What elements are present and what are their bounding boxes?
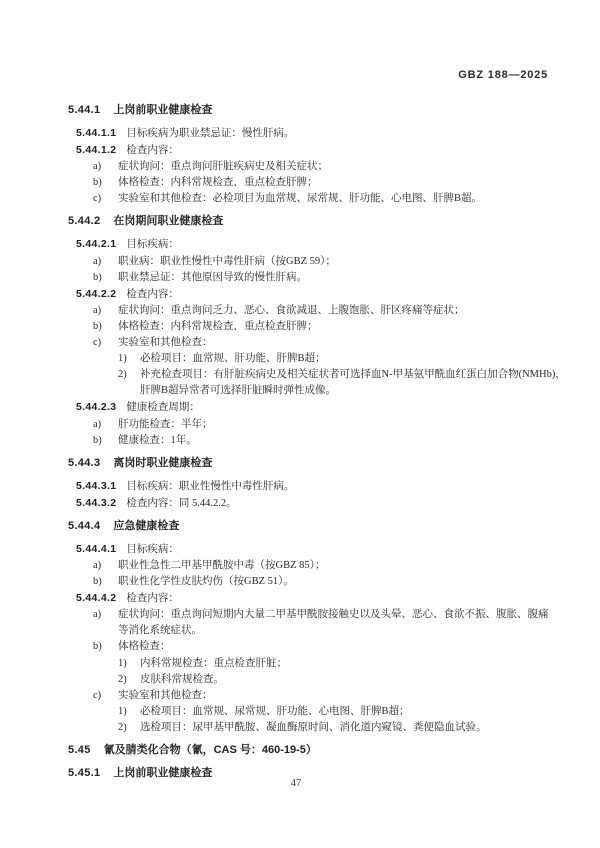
line-number: 5.44.1.2 <box>76 144 116 156</box>
clause-line: 5.44.1.1目标疾病为职业禁忌证：慢性肝病。 <box>68 125 544 142</box>
list-item: b)职业性化学性皮肤灼伤（按GBZ 51）。 <box>68 574 544 590</box>
line-text: 在岗期间职业健康检查 <box>113 215 223 227</box>
clause-line: 5.44.1.2检查内容： <box>68 142 544 159</box>
list-item: b)体格检查：内科常规检查，重点检查肝脾； <box>68 175 544 191</box>
line-text: 实验室和其他检查： <box>118 690 213 701</box>
sublist-item: 1)必检项目：血常规、肝功能、肝脾B超； <box>68 351 544 367</box>
line-text: 目标疾病： <box>126 239 179 250</box>
list-item-continuation: 等消化系统症状。 <box>68 623 544 639</box>
line-text: 目标疾病：职业性慢性中毒性肝病。 <box>126 481 294 492</box>
document-body: 5.44.1上岗前职业健康检查5.44.1.1目标疾病为职业禁忌证：慢性肝病。5… <box>68 96 544 788</box>
list-item: a)症状询问：重点询问乏力、恶心、食欲减退、上腹饱胀、肝区疼痛等症状； <box>68 303 544 319</box>
sublist-item: 1)内科常规检查：重点检查肝脏； <box>68 656 544 672</box>
line-text: 检查内容：同 5.44.2.2。 <box>126 498 236 509</box>
line-text: 检查内容： <box>126 145 179 156</box>
line-number: 5.44.3 <box>68 457 100 469</box>
line-number: 5.44.4.2 <box>76 592 116 604</box>
line-number: c) <box>93 335 101 351</box>
line-text: 必检项目：血常规、肝功能、肝脾B超； <box>140 353 326 364</box>
line-text: 职业性急性二甲基甲酰胺中毒（按GBZ 85）； <box>118 560 325 571</box>
line-number: a) <box>93 159 101 175</box>
scanned-standard-page: { "page": { "header": "GBZ 188—2025", "p… <box>0 0 600 848</box>
list-item: a)职业性急性二甲基甲酰胺中毒（按GBZ 85）； <box>68 558 544 574</box>
list-item: a)职业病：职业性慢性中毒性肝病（按GBZ 59）； <box>68 254 544 270</box>
line-number: 2) <box>118 720 127 736</box>
sublist-item: 1)必检项目：血常规、尿常规、肝功能、心电图、肝脾B超； <box>68 704 544 720</box>
section-heading: 5.45氰及腈类化合物（氰，CAS 号：460-19-5） <box>68 742 544 759</box>
line-text: 选检项目：尿甲基甲酰胺、凝血酶原时间、消化道内窥镜、粪便隐血试验。 <box>140 722 487 733</box>
line-text: 上岗前职业健康检查 <box>113 104 212 116</box>
line-number: a) <box>93 607 101 623</box>
line-text: 实验室和其他检查： <box>118 337 213 348</box>
line-number: a) <box>93 254 101 270</box>
line-text: 症状询问：重点询问肝脏疾病史及相关症状； <box>118 161 328 172</box>
sublist-item-continuation: 肝脾B超异常者可选择肝脏瞬时弹性成像。 <box>68 383 544 399</box>
line-number: a) <box>93 303 101 319</box>
clause-line: 5.44.4.1目标疾病： <box>68 541 544 558</box>
section-heading: 5.44.2在岗期间职业健康检查 <box>68 213 544 230</box>
line-number: c) <box>93 191 101 207</box>
list-item: b)体格检查：内科常规检查，重点检查肝脾； <box>68 319 544 335</box>
list-item: a)症状询问：重点询问短期内大量二甲基甲酰胺接触史以及头晕、恶心、食欲不振、腹胀… <box>68 607 544 623</box>
sublist-item: 2)皮肤科常规检查。 <box>68 672 544 688</box>
list-item: c)实验室和其他检查： <box>68 688 544 704</box>
list-item: b)职业禁忌证：其他原因导致的慢性肝病。 <box>68 270 544 286</box>
line-text: 职业病：职业性慢性中毒性肝病（按GBZ 59）； <box>118 256 336 267</box>
line-text: 氰及腈类化合物（氰，CAS 号：460-19-5） <box>104 744 317 756</box>
line-text: 肝脾B超异常者可选择肝脏瞬时弹性成像。 <box>140 385 336 396</box>
line-number: b) <box>93 574 102 590</box>
line-number: 1) <box>118 656 127 672</box>
line-number: 5.44.1.1 <box>76 127 116 139</box>
line-text: 职业禁忌证：其他原因导致的慢性肝病。 <box>118 272 307 283</box>
line-text: 体格检查：内科常规检查，重点检查肝脾； <box>118 321 318 332</box>
clause-line: 5.44.3.1目标疾病：职业性慢性中毒性肝病。 <box>68 478 544 495</box>
line-number: 5.44.2 <box>68 215 100 227</box>
line-text: 补充检查项目：有肝脏疾病史及相关症状者可选择血N-甲基氨甲酰血红蛋白加合物(NM… <box>140 369 566 380</box>
line-number: 2) <box>118 672 127 688</box>
line-number: a) <box>93 417 101 433</box>
line-number: 5.44.1 <box>68 104 100 116</box>
clause-line: 5.44.4.2检查内容： <box>68 590 544 607</box>
line-text: 体格检查：内科常规检查，重点检查肝脾； <box>118 177 318 188</box>
line-text: 内科常规检查：重点检查肝脏； <box>140 658 287 669</box>
clause-line: 5.44.2.1目标疾病： <box>68 236 544 253</box>
line-number: 5.44.4.1 <box>76 543 116 555</box>
list-item: a)肝功能检查：半年； <box>68 417 544 433</box>
list-item: b)体格检查： <box>68 639 544 655</box>
line-number: 5.44.2.3 <box>76 401 116 413</box>
page-number: 47 <box>0 778 592 789</box>
line-text: 健康检查：1年。 <box>118 435 197 446</box>
list-item: b)健康检查：1年。 <box>68 433 544 449</box>
section-heading: 5.44.4应急健康检查 <box>68 518 544 535</box>
line-number: b) <box>93 175 102 191</box>
sublist-item: 2)补充检查项目：有肝脏疾病史及相关症状者可选择血N-甲基氨甲酰血红蛋白加合物(… <box>68 367 544 383</box>
line-text: 离岗时职业健康检查 <box>113 457 212 469</box>
line-text: 检查内容： <box>126 289 179 300</box>
line-text: 必检项目：血常规、尿常规、肝功能、心电图、肝脾B超； <box>140 706 410 717</box>
list-item: a)症状询问：重点询问肝脏疾病史及相关症状； <box>68 159 544 175</box>
line-text: 应急健康检查 <box>113 520 179 532</box>
line-number: 1) <box>118 351 127 367</box>
line-text: 肝功能检查：半年； <box>118 419 213 430</box>
line-number: c) <box>93 688 101 704</box>
list-item: c)实验室和其他检查： <box>68 335 544 351</box>
section-heading: 5.44.1上岗前职业健康检查 <box>68 102 544 119</box>
line-number: 5.45 <box>68 744 91 756</box>
line-text: 皮肤科常规检查。 <box>140 674 224 685</box>
line-text: 目标疾病为职业禁忌证：慢性肝病。 <box>126 128 294 139</box>
line-number: b) <box>93 433 102 449</box>
line-text: 症状询问：重点询问短期内大量二甲基甲酰胺接触史以及头晕、恶心、食欲不振、腹胀、腹… <box>118 609 549 620</box>
list-item: c)实验室和其他检查：必检项目为血常规、尿常规、肝功能、心电图、肝脾B超。 <box>68 191 544 207</box>
line-number: 5.44.2.1 <box>76 238 116 250</box>
line-number: 1) <box>118 704 127 720</box>
line-number: a) <box>93 558 101 574</box>
line-text: 体格检查： <box>118 641 171 652</box>
line-text: 检查内容： <box>126 593 179 604</box>
line-number: 5.44.3.1 <box>76 480 116 492</box>
line-text: 健康检查周期： <box>126 402 200 413</box>
line-number: 2) <box>118 367 127 383</box>
line-number: b) <box>93 319 102 335</box>
clause-line: 5.44.2.2检查内容： <box>68 286 544 303</box>
line-text: 目标疾病： <box>126 544 179 555</box>
sublist-item: 2)选检项目：尿甲基甲酰胺、凝血酶原时间、消化道内窥镜、粪便隐血试验。 <box>68 720 544 736</box>
line-number: b) <box>93 639 102 655</box>
line-text: 症状询问：重点询问乏力、恶心、食欲减退、上腹饱胀、肝区疼痛等症状； <box>118 305 465 316</box>
line-number: 5.44.4 <box>68 520 100 532</box>
clause-line: 5.44.3.2检查内容：同 5.44.2.2。 <box>68 495 544 512</box>
clause-line: 5.44.2.3健康检查周期： <box>68 399 544 416</box>
line-number: b) <box>93 270 102 286</box>
section-heading: 5.44.3离岗时职业健康检查 <box>68 455 544 472</box>
standard-number-header: GBZ 188—2025 <box>458 69 548 81</box>
line-number: 5.44.3.2 <box>76 497 116 509</box>
line-number: 5.44.2.2 <box>76 288 116 300</box>
line-text: 职业性化学性皮肤灼伤（按GBZ 51）。 <box>118 576 294 587</box>
line-text: 实验室和其他检查：必检项目为血常规、尿常规、肝功能、心电图、肝脾B超。 <box>118 193 482 204</box>
line-text: 等消化系统症状。 <box>118 625 202 636</box>
